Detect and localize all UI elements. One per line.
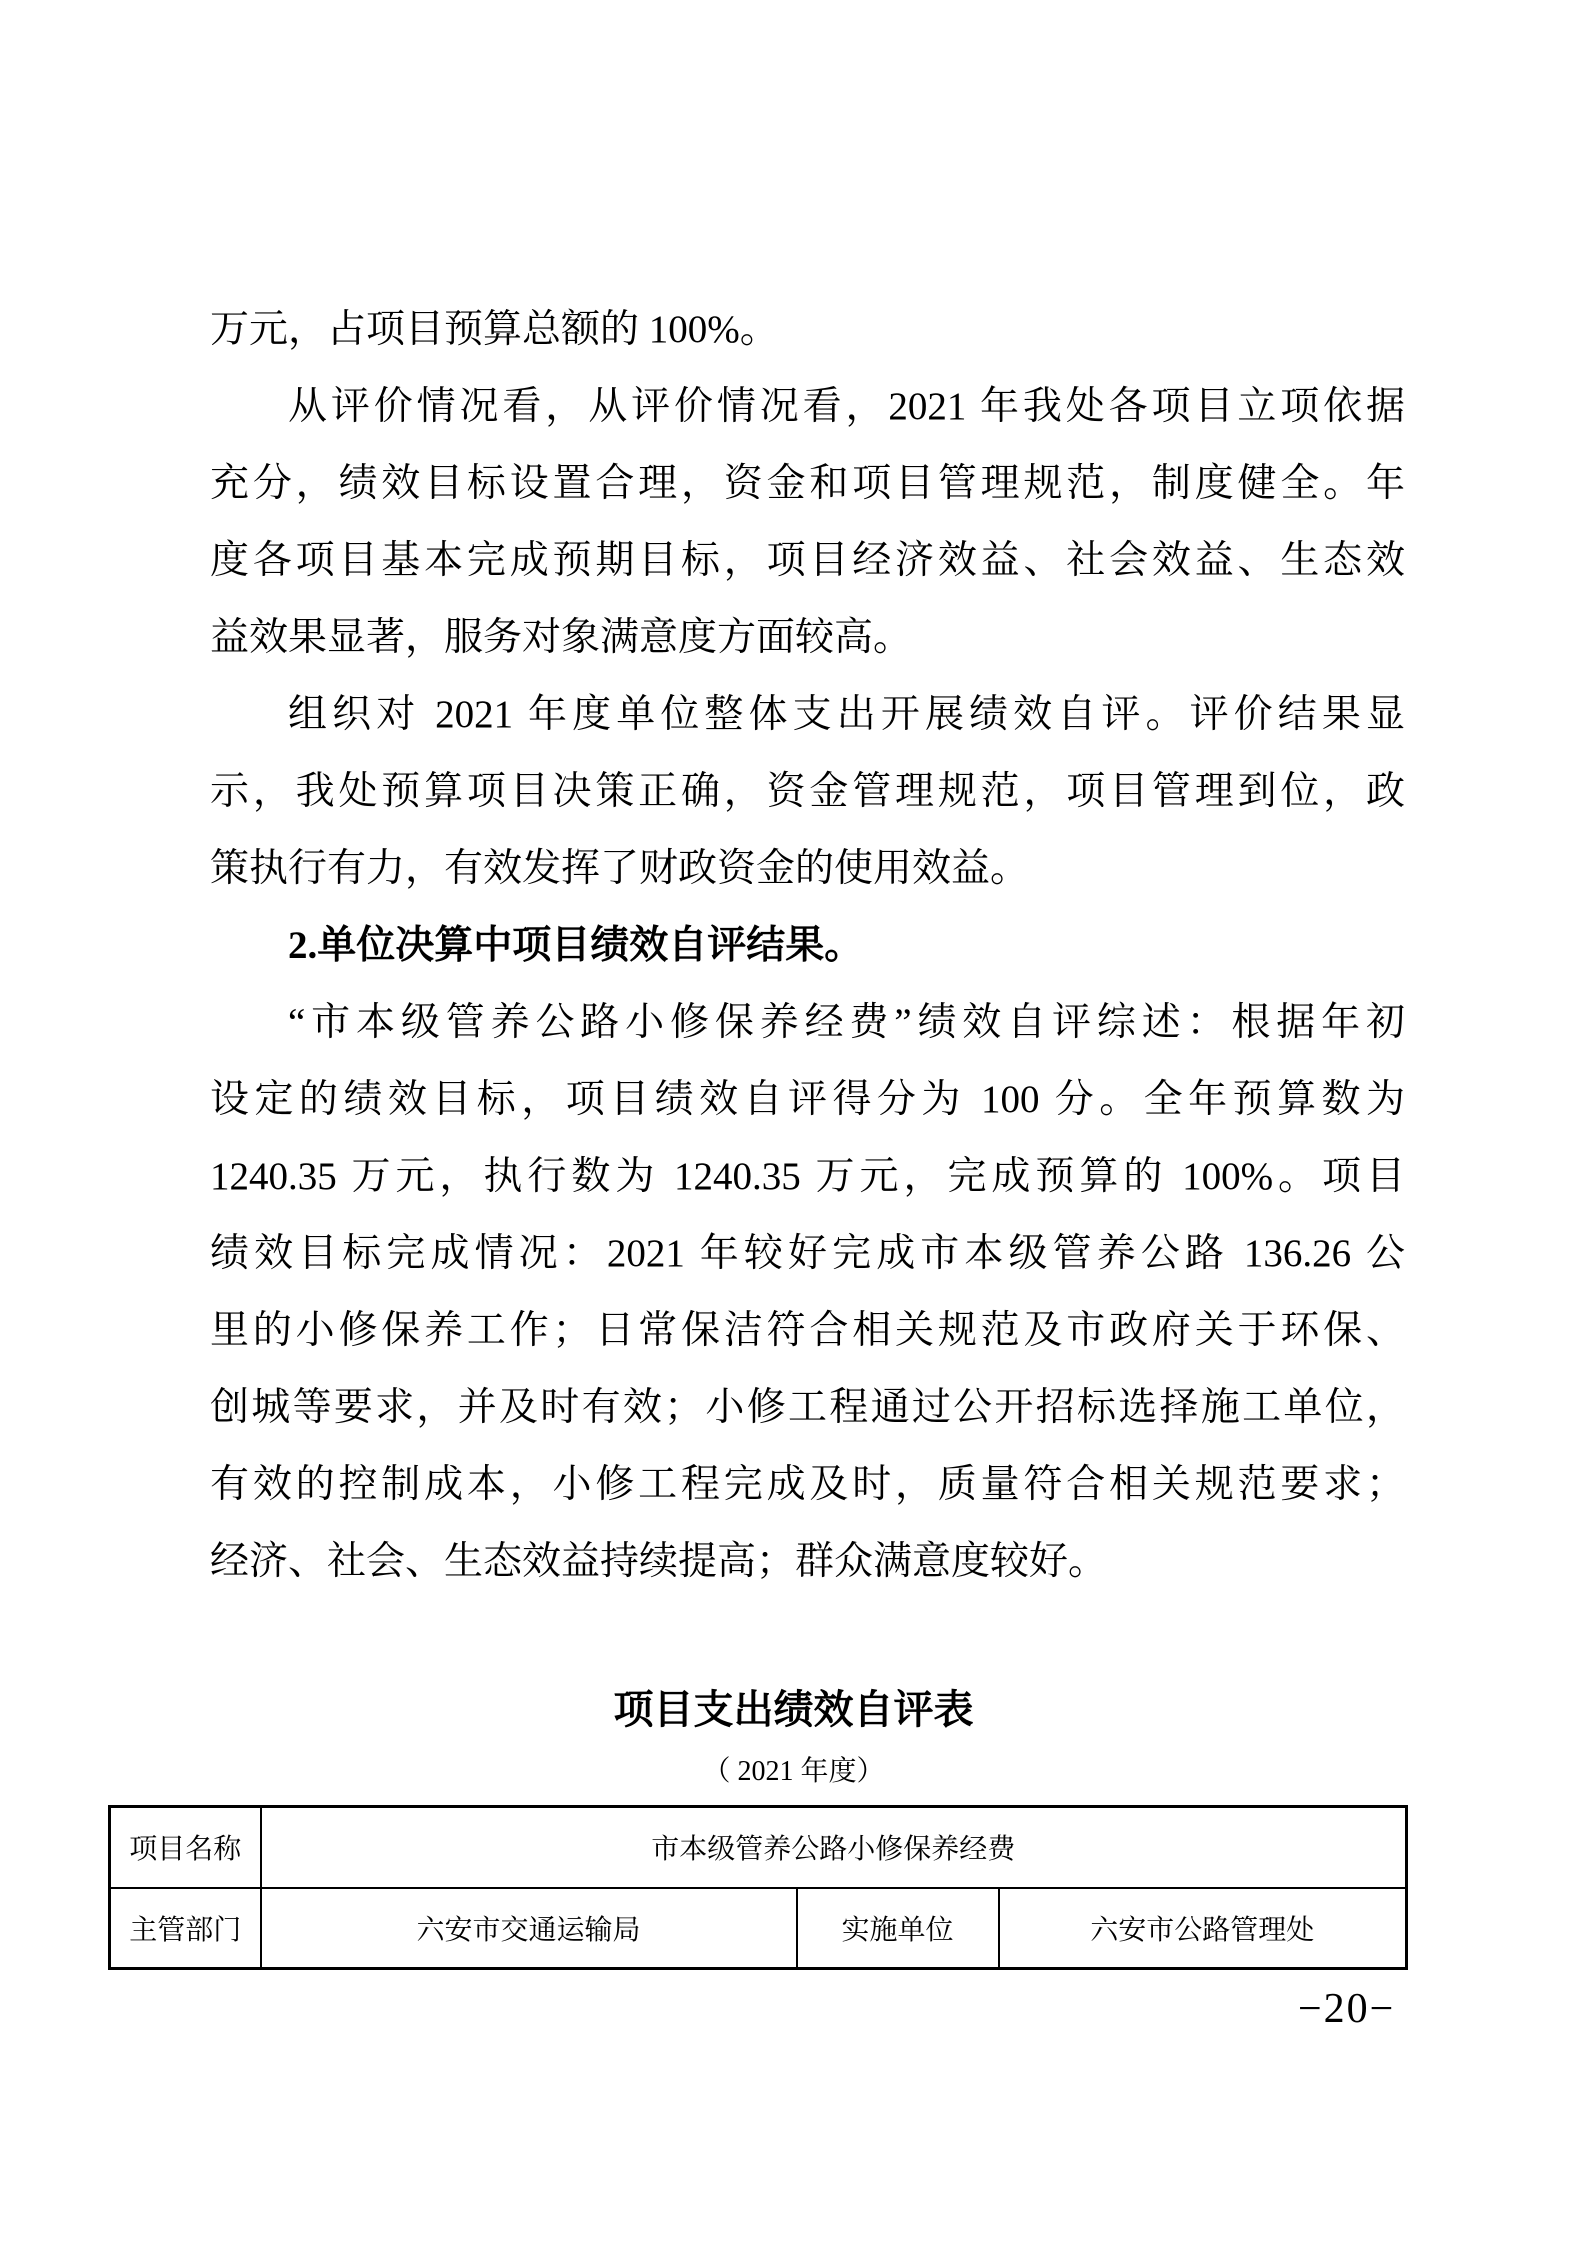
table-row: 主管部门 六安市交通运输局 实施单位 六安市公路管理处 (110, 1888, 1407, 1969)
body-line: 充分，绩效目标设置合理，资金和项目管理规范，制度健全。年 (210, 445, 1405, 522)
body-line: 度各项目基本完成预期目标，项目经济效益、社会效益、生态效 (210, 522, 1405, 599)
body-line: 策执行有力，有效发挥了财政资金的使用效益。 (210, 830, 1405, 907)
table-row: 项目名称 市本级管养公路小修保养经费 (110, 1807, 1407, 1888)
supervising-department-label: 主管部门 (110, 1888, 261, 1969)
table-title: 项目支出绩效自评表 (0, 1686, 1587, 1734)
table-subtitle: （ 2021 年度） (0, 1753, 1587, 1791)
body-line: 1240.35 万元，执行数为 1240.35 万元，完成预算的 100%。项目 (210, 1138, 1405, 1215)
body-line: 里的小修保养工作；日常保洁符合相关规范及市政府关于环保、 (210, 1292, 1405, 1369)
body-line: 从评价情况看，从评价情况看，2021 年我处各项目立项依据 (210, 368, 1405, 445)
body-line: 设定的绩效目标，项目绩效自评得分为 100 分。全年预算数为 (210, 1061, 1405, 1138)
body-line: 有效的控制成本，小修工程完成及时，质量符合相关规范要求； (210, 1446, 1405, 1523)
body-line: 益效果显著，服务对象满意度方面较高。 (210, 599, 1405, 676)
implementing-unit-value: 六安市公路管理处 (999, 1888, 1407, 1969)
project-name-value: 市本级管养公路小修保养经费 (261, 1807, 1407, 1888)
self-evaluation-table: 项目名称 市本级管养公路小修保养经费 主管部门 六安市交通运输局 实施单位 六安… (108, 1805, 1408, 1970)
body-line: 示，我处预算项目决策正确，资金管理规范，项目管理到位，政 (210, 753, 1405, 830)
supervising-department-value: 六安市交通运输局 (261, 1888, 797, 1969)
body-line: 创城等要求，并及时有效；小修工程通过公开招标选择施工单位， (210, 1369, 1405, 1446)
page-number: −20− (1298, 1985, 1395, 2033)
document-page: 万元，占项目预算总额的 100%。 从评价情况看，从评价情况看，2021 年我处… (0, 0, 1587, 2245)
body-line: “市本级管养公路小修保养经费”绩效自评综述：根据年初 (210, 984, 1405, 1061)
body-line: 经济、社会、生态效益持续提高；群众满意度较好。 (210, 1523, 1405, 1600)
section-heading: 2.单位决算中项目绩效自评结果。 (210, 907, 1405, 984)
project-name-label: 项目名称 (110, 1807, 261, 1888)
body-text-block: 万元，占项目预算总额的 100%。 从评价情况看，从评价情况看，2021 年我处… (210, 291, 1405, 1600)
body-line: 绩效目标完成情况：2021 年较好完成市本级管养公路 136.26 公 (210, 1215, 1405, 1292)
body-line: 组织对 2021 年度单位整体支出开展绩效自评。评价结果显 (210, 676, 1405, 753)
implementing-unit-label: 实施单位 (797, 1888, 999, 1969)
body-line: 万元，占项目预算总额的 100%。 (210, 291, 1405, 368)
